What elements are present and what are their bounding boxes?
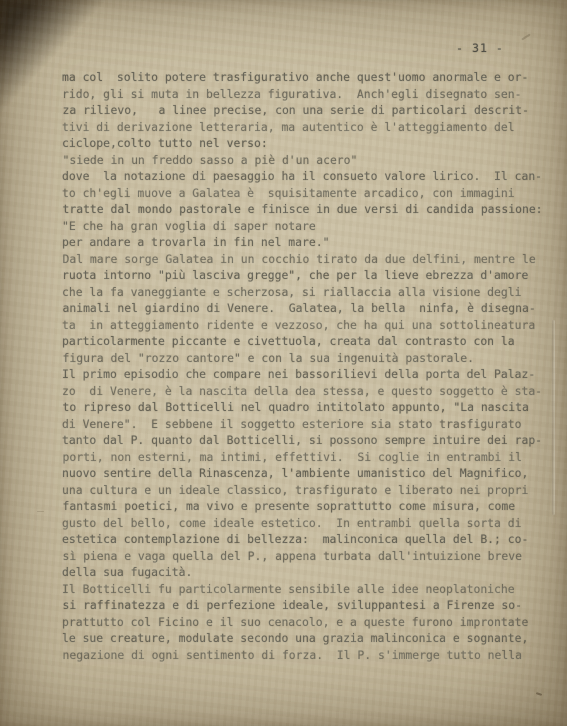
text-line: Dal mare sorge Galatea in un cocchio tir… — [63, 251, 555, 268]
text-line: zo di Venere, è la nascita della dea ste… — [62, 383, 554, 400]
text-line: ma col solito potere trasfigurativo anch… — [62, 69, 554, 86]
text-line: negazione di ogni sentimento di forza. I… — [63, 647, 555, 664]
text-line: che la fa vaneggiante e scherzosa, si ri… — [62, 284, 554, 301]
scratch-mark — [521, 34, 531, 41]
text-line: estetica contemplazione di bellezza: mal… — [62, 531, 554, 548]
text-line: di Venere". E sebbene il soggetto esteri… — [62, 416, 554, 433]
text-line: Il primo episodio che compare nei bassor… — [62, 366, 554, 383]
text-line: particolarmente piccante e civettuola, c… — [62, 333, 554, 350]
text-line: porti, non esterni, ma intimi, effettivi… — [63, 449, 555, 466]
text-line: tanto dal P. quanto dal Botticelli, si p… — [62, 432, 554, 449]
text-line: sì piena e vaga quella del P., appena tu… — [63, 548, 555, 565]
page-number: - 31 - — [456, 41, 504, 55]
text-line: Il Botticelli fu particolarmente sensibi… — [62, 581, 554, 598]
text-line-verse: "siede in un freddo sasso a piè d'un ace… — [63, 152, 555, 169]
text-line: le sue creature, modulate secondo una gr… — [62, 630, 554, 647]
text-line: za rilievo, a linee precise, con una ser… — [63, 102, 555, 119]
text-line: to ch'egli muove a Galatea è squisitamen… — [62, 185, 554, 202]
text-line: della sua fugacità. — [62, 564, 554, 581]
text-line: to ripreso dal Botticelli nel quadro int… — [63, 399, 555, 416]
text-line: animali nel giardino di Venere. Galatea,… — [63, 300, 555, 317]
text-line: prattutto col Ficino e il suo cenacolo, … — [62, 614, 554, 631]
text-line: ruota intorno "più lasciva gregge", che … — [62, 267, 554, 284]
faint-mark — [37, 511, 44, 512]
paper-crease — [552, 320, 555, 515]
text-line: una cultura e un ideale classico, trasfi… — [62, 482, 554, 499]
document-photo: - 31 - ma col solito potere trasfigurati… — [0, 0, 567, 726]
text-line: gusto del bello, come ideale estetico. I… — [62, 515, 554, 532]
typewritten-text-block: ma col solito potere trasfigurativo anch… — [62, 69, 554, 663]
text-line: nuovo sentire della Rinascenza, l'ambien… — [62, 465, 554, 482]
text-line: ciclope,colto tutto nel verso: — [62, 135, 554, 152]
text-line: tivi di derivazione letteraria, ma auten… — [62, 119, 554, 136]
text-line: fantasmi poetici, ma vivo e presente sop… — [63, 498, 555, 515]
text-line-verse: per andare a trovarla in fin nel mare." — [62, 234, 554, 251]
ink-speck — [536, 692, 542, 696]
text-line: rido, gli si muta in bellezza figurativa… — [62, 86, 554, 103]
text-line-verse: "E che ha gran voglia di saper notare — [62, 218, 554, 235]
text-line: tratte dal mondo pastorale e finisce in … — [63, 201, 555, 218]
text-line: si raffinatezza e di perfezione ideale, … — [63, 597, 555, 614]
text-line: ta in atteggiamento ridente e vezzoso, c… — [62, 317, 554, 334]
text-line: dove la notazione di paesaggio ha il con… — [62, 168, 554, 185]
text-line: figura del "rozzo cantore" e con la sua … — [63, 350, 555, 367]
